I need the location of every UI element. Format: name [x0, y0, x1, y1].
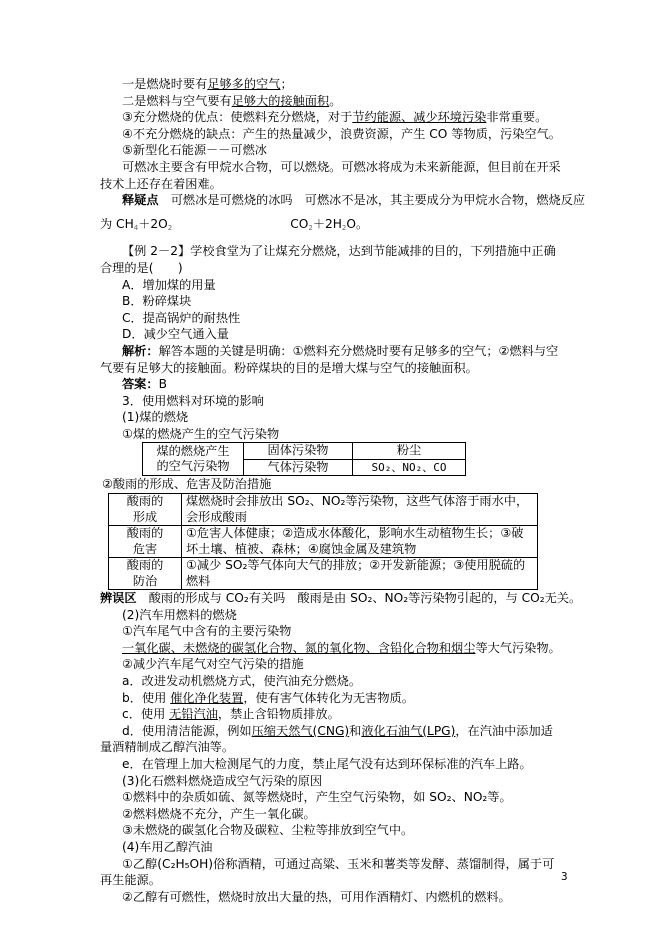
table-cell: ①危害人体健康；②造成水体酸化，影响水生动植物生长；③破坏土壤、植被、森林；④腐…	[182, 526, 538, 558]
page-number: 3	[561, 870, 568, 883]
text: 等大气污染物。	[475, 641, 560, 655]
table-header-cell: 酸雨的形成	[109, 494, 182, 526]
option-c: C．提高锅炉的耐热性	[100, 310, 562, 327]
text: 。	[329, 94, 341, 108]
table-header-cell: 酸雨的危害	[109, 526, 182, 558]
list-item: e．在管理上加大检测尾气的力度，禁止尾气没有达到环保标准的汽车上路。	[100, 756, 562, 773]
text: d．使用清洁能源，例如	[122, 724, 252, 738]
table-cell: ①减少 SO₂等气体向大气的排放；②开发新能源；③使用脱硫的燃料	[182, 558, 538, 590]
underlined-text: 一氧化碳、未燃烧的碳氢化合物、氮的氧化物、含铅化合物和烟尘	[122, 641, 475, 655]
list-item: ③未燃烧的碳氢化合物及碳粒、尘粒等排放到空气中。	[100, 822, 562, 839]
text: CO	[290, 217, 308, 231]
answer-label: 答案：	[122, 377, 159, 391]
item-heading: ②减少汽车尾气对空气污染的措施	[100, 656, 562, 673]
clarification-paragraph: 释疑点 可燃冰是可燃烧的冰吗 可燃冰不是冰，其主要成分为甲烷水合物，燃烧反应	[100, 192, 562, 209]
table-cell: 煤燃烧时会排放出 SO₂、NO₂等污染物，这些气体溶于雨水中，会形成酸雨	[182, 494, 538, 526]
subsection-title: (4)车用乙醇汽油	[100, 839, 562, 856]
list-item: d．使用清洁能源，例如压缩天然气(CNG)和液化石油气(LPG)，在汽油中添加适…	[100, 723, 562, 756]
text: 防治	[133, 574, 157, 588]
text: 的空气污染物	[156, 459, 229, 473]
underlined-text: 催化净化装置	[170, 691, 243, 705]
text: 煤的燃烧产生	[156, 444, 229, 458]
table-header-cell: 酸雨的防治	[109, 558, 182, 590]
text: 为 CH	[100, 217, 134, 231]
misconception-paragraph: 辨误区 酸雨的形成与 CO₂有关吗 酸雨是由 SO₂、NO₂等污染物引起的，与 …	[100, 590, 562, 607]
text: b．使用	[122, 691, 170, 705]
table-cell: SO₂、NO₂、CO	[353, 459, 466, 476]
text: 危害	[133, 542, 157, 556]
text: c．使用	[122, 707, 169, 721]
text: 解答本题的关键是明确：①燃料充分燃烧时要有足够多的空气；②燃料与空气要有足够大的…	[100, 344, 558, 375]
list-item: b．使用 催化净化装置，使有害气体转化为无害物质。	[100, 690, 562, 707]
underlined-text: 节约能源、减少环境污染	[352, 110, 486, 124]
text: 二是燃料与空气要有	[122, 94, 232, 108]
underlined-text: 无铅汽油	[169, 707, 218, 721]
analysis: 解析：解答本题的关键是明确：①燃料充分燃烧时要有足够多的空气；②燃料与空气要有足…	[100, 343, 562, 376]
analysis-label: 解析：	[122, 344, 159, 358]
text: 一是燃烧时要有	[122, 77, 207, 91]
text: ③充分燃烧的优点：使燃料充分燃烧，对于	[122, 110, 352, 124]
subsection-title: (3)化石燃料燃烧造成空气污染的原因	[100, 773, 562, 790]
list-item: ①乙醇(C₂H₅OH)俗称酒精，可通过高粱、玉米和薯类等发酵、蒸馏制得，属于可再…	[100, 856, 562, 889]
underlined-text: 液化石油气(LPG)	[361, 724, 455, 738]
list-item: ①燃料中的杂质如硫、氮等燃烧时，产生空气污染物，如 SO₂、NO₂等。	[100, 789, 562, 806]
text: 形成	[133, 510, 157, 524]
option-a: A．增加煤的用量	[100, 277, 562, 294]
text: 和	[349, 724, 361, 738]
list-item: ②燃料燃烧不充分，产生一氧化碳。	[100, 806, 562, 823]
paragraph: 二是燃料与空气要有足够大的接触面积。	[100, 93, 562, 110]
acid-rain-table: 酸雨的形成 煤燃烧时会排放出 SO₂、NO₂等污染物，这些气体溶于雨水中，会形成…	[108, 493, 538, 590]
coal-pollutants-table: 煤的燃烧产生的空气污染物 固体污染物 粉尘 气体污染物 SO₂、NO₂、CO	[142, 442, 466, 476]
paragraph: 一氧化碳、未燃烧的碳氢化合物、氮的氧化物、含铅化合物和烟尘等大气污染物。	[100, 640, 562, 657]
underlined-text: 足够大的接触面积	[232, 94, 330, 108]
paragraph: 一是燃烧时要有足够多的空气；	[100, 76, 562, 93]
text: ，禁止含铅物质排放。	[218, 707, 340, 721]
text: 非常重要。	[486, 110, 547, 124]
text: 酸雨的	[127, 558, 164, 572]
subsection-title: (1)煤的燃烧	[100, 409, 562, 426]
text: ，使有害气体转化为无害物质。	[243, 691, 414, 705]
text: 酸雨的	[127, 526, 164, 540]
document-page: 一是燃烧时要有足够多的空气； 二是燃料与空气要有足够大的接触面积。 ③充分燃烧的…	[100, 76, 562, 905]
table-cell: 气体污染物	[244, 459, 353, 476]
table-row: 煤的燃烧产生的空气污染物 固体污染物 粉尘	[143, 443, 466, 460]
table-cell: 固体污染物	[244, 443, 353, 460]
answer-value: B	[159, 377, 167, 391]
item-heading: ①煤的燃烧产生的空气污染物	[100, 426, 562, 443]
subscript: 2	[168, 224, 172, 232]
list-item: c．使用 无铅汽油，禁止含铅物质排放。	[100, 706, 562, 723]
item-heading: ①汽车尾气中含有的主要污染物	[100, 623, 562, 640]
text: ；	[280, 77, 292, 91]
text: 酸雨的	[127, 494, 164, 508]
text: ＋2O	[138, 217, 168, 231]
table-row: 酸雨的形成 煤燃烧时会排放出 SO₂、NO₂等污染物，这些气体溶于雨水中，会形成…	[109, 494, 538, 526]
paragraph: ④不充分燃烧的缺点：产生的热量减少，浪费资源，产生 CO 等物质，污染空气。	[100, 126, 562, 143]
answer: 答案：B	[100, 376, 562, 393]
subsection-title: (2)汽车用燃料的燃烧	[100, 607, 562, 624]
table-row: 酸雨的危害 ①危害人体健康；②造成水体酸化，影响水生动植物生长；③破坏土壤、植被…	[109, 526, 538, 558]
list-item: ②乙醇有可燃性，燃烧时放出大量的热，可用作酒精灯、内燃机的燃料。	[100, 889, 562, 906]
paragraph: 可燃冰主要含有甲烷水合物，可以燃烧。可燃冰将成为未来新能源，但目前在开采技术上还…	[100, 159, 562, 192]
table-cell: 粉尘	[353, 443, 466, 460]
text: ＋2H	[313, 217, 342, 231]
item-heading: ②酸雨的形成、危害及防治措施	[100, 476, 562, 493]
underlined-text: 足够多的空气	[207, 77, 280, 91]
text: 可燃冰是可燃烧的冰吗 可燃冰不是冰，其主要成分为甲烷水合物，燃烧反应	[171, 193, 585, 207]
equation: 为 CH4＋2O2CO2＋2H2O。	[100, 216, 562, 237]
table-row: 酸雨的防治 ①减少 SO₂等气体向大气的排放；②开发新能源；③使用脱硫的燃料	[109, 558, 538, 590]
option-d: D．减少空气通入量	[100, 326, 562, 343]
list-item: a．改进发动机燃烧方式，使汽油充分燃烧。	[100, 673, 562, 690]
text: 酸雨的形成与 CO₂有关吗 酸雨是由 SO₂、NO₂等污染物引起的，与 CO₂无…	[149, 591, 581, 605]
section-title: 3．使用燃料对环境的影响	[100, 393, 562, 410]
option-b: B．粉碎煤块	[100, 293, 562, 310]
text: O。	[346, 217, 368, 231]
table-header-cell: 煤的燃烧产生的空气污染物	[143, 443, 244, 476]
underlined-text: 压缩天然气(CNG)	[252, 724, 350, 738]
misconception-label: 辨误区	[100, 591, 137, 605]
paragraph: ③充分燃烧的优点：使燃料充分燃烧，对于节约能源、减少环境污染非常重要。	[100, 109, 562, 126]
clarification-label: 释疑点	[122, 193, 159, 207]
paragraph: ⑤新型化石能源－－可燃冰	[100, 142, 562, 159]
example-stem: 【例 2－2】学校食堂为了让煤充分燃烧，达到节能减排的目的，下列措施中正确合理的…	[100, 243, 562, 276]
